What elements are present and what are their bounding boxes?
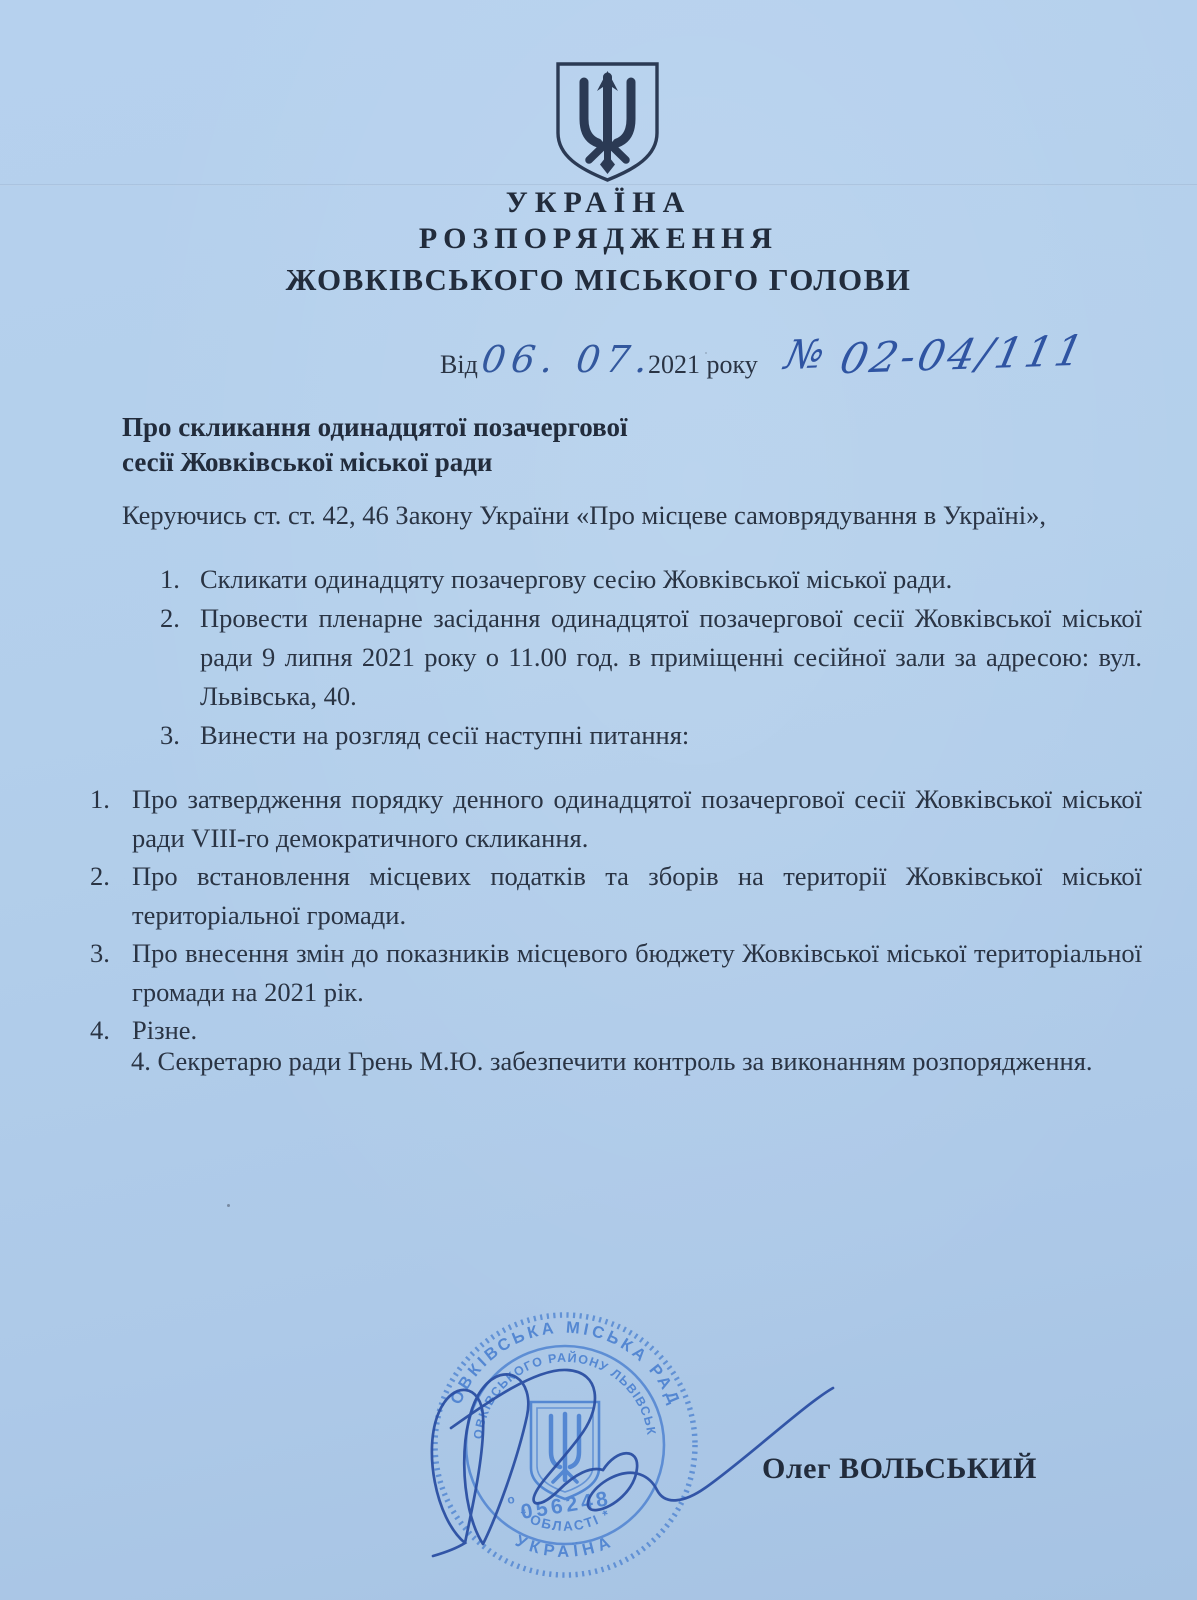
stamp-number-prefix: о bbox=[506, 1492, 516, 1507]
handwritten-date: 06. 07. bbox=[479, 338, 656, 381]
agenda-item: 3. Про внесення змін до показників місце… bbox=[90, 934, 1142, 1011]
ukraine-trident-emblem-icon bbox=[548, 57, 667, 186]
handwritten-number-sign: № bbox=[781, 331, 830, 378]
orders-list: 1. Скликати одинадцяту позачергову сесію… bbox=[160, 560, 1142, 755]
order-item: 3. Винести на розгляд сесії наступні пит… bbox=[160, 716, 1142, 755]
agenda-item: 2. Про встановлення місцевих податків та… bbox=[90, 857, 1142, 934]
header-country: УКРАЇНА bbox=[0, 186, 1197, 220]
agenda-text: Про внесення змін до показників місцевог… bbox=[132, 938, 1142, 1007]
order-item: 1. Скликати одинадцяту позачергову сесію… bbox=[160, 560, 1142, 599]
subject-line-1: Про скликання одинадцятої позачергової bbox=[122, 410, 627, 445]
agenda-number: 2. bbox=[90, 857, 110, 896]
agenda-item: 1. Про затвердження порядку денного один… bbox=[90, 780, 1142, 857]
handwritten-doc-number: 02-04/111 bbox=[836, 326, 1091, 383]
agenda-number: 1. bbox=[90, 780, 110, 819]
order-item: 2. Провести пленарне засідання одинадцят… bbox=[160, 599, 1142, 716]
agenda-number: 4. bbox=[90, 1011, 110, 1050]
round-stamp-icon: ЖОВКІВСЬКА МІСЬКА РАДА УКРАЇНА ЖОВКІВСЬК… bbox=[395, 1308, 695, 1575]
header-authority: ЖОВКІВСЬКОГО МІСЬКОГО ГОЛОВИ bbox=[0, 262, 1197, 298]
agenda-text: Різне. bbox=[132, 1015, 197, 1045]
date-from-label: Від bbox=[440, 350, 478, 380]
subject-block: Про скликання одинадцятої позачергової с… bbox=[122, 410, 627, 480]
order-number: 2. bbox=[160, 599, 180, 638]
signer-name: Олег ВОЛЬСЬКИЙ bbox=[762, 1452, 1037, 1486]
subject-line-2: сесії Жовківської міської ради bbox=[122, 445, 627, 480]
agenda-text: Про встановлення місцевих податків та зб… bbox=[132, 861, 1142, 930]
agenda-number: 3. bbox=[90, 934, 110, 973]
control-clause: 4. Секретарю ради Грень М.Ю. забезпечити… bbox=[131, 1046, 1141, 1077]
order-number: 1. bbox=[160, 560, 180, 599]
header-doc-type: РОЗПОРЯДЖЕННЯ bbox=[0, 222, 1197, 256]
date-number-row: Від 06. 07. 2021 року № 02-04/111 bbox=[0, 338, 1197, 398]
agenda-item: 4. Різне. bbox=[90, 1011, 1142, 1050]
scanned-document-page: УКРАЇНА РОЗПОРЯДЖЕННЯ ЖОВКІВСЬКОГО МІСЬК… bbox=[0, 0, 1197, 1600]
order-text: Провести пленарне засідання одинадцятої … bbox=[200, 603, 1142, 711]
order-text: Скликати одинадцяту позачергову сесію Жо… bbox=[200, 564, 952, 594]
dust-speck bbox=[227, 1204, 230, 1207]
year-label: 2021 року bbox=[648, 350, 758, 380]
svg-text:УКРАЇНА: УКРАЇНА bbox=[513, 1532, 618, 1561]
agenda-text: Про затвердження порядку денного одинадц… bbox=[132, 784, 1142, 853]
preamble-text: Керуючись ст. ст. 42, 46 Закону України … bbox=[122, 500, 1122, 531]
agenda-list: 1. Про затвердження порядку денного один… bbox=[90, 780, 1142, 1050]
order-text: Винести на розгляд сесії наступні питанн… bbox=[200, 720, 689, 750]
stamp-outer-bottom-text: УКРАЇНА bbox=[513, 1532, 618, 1561]
order-number: 3. bbox=[160, 716, 180, 755]
